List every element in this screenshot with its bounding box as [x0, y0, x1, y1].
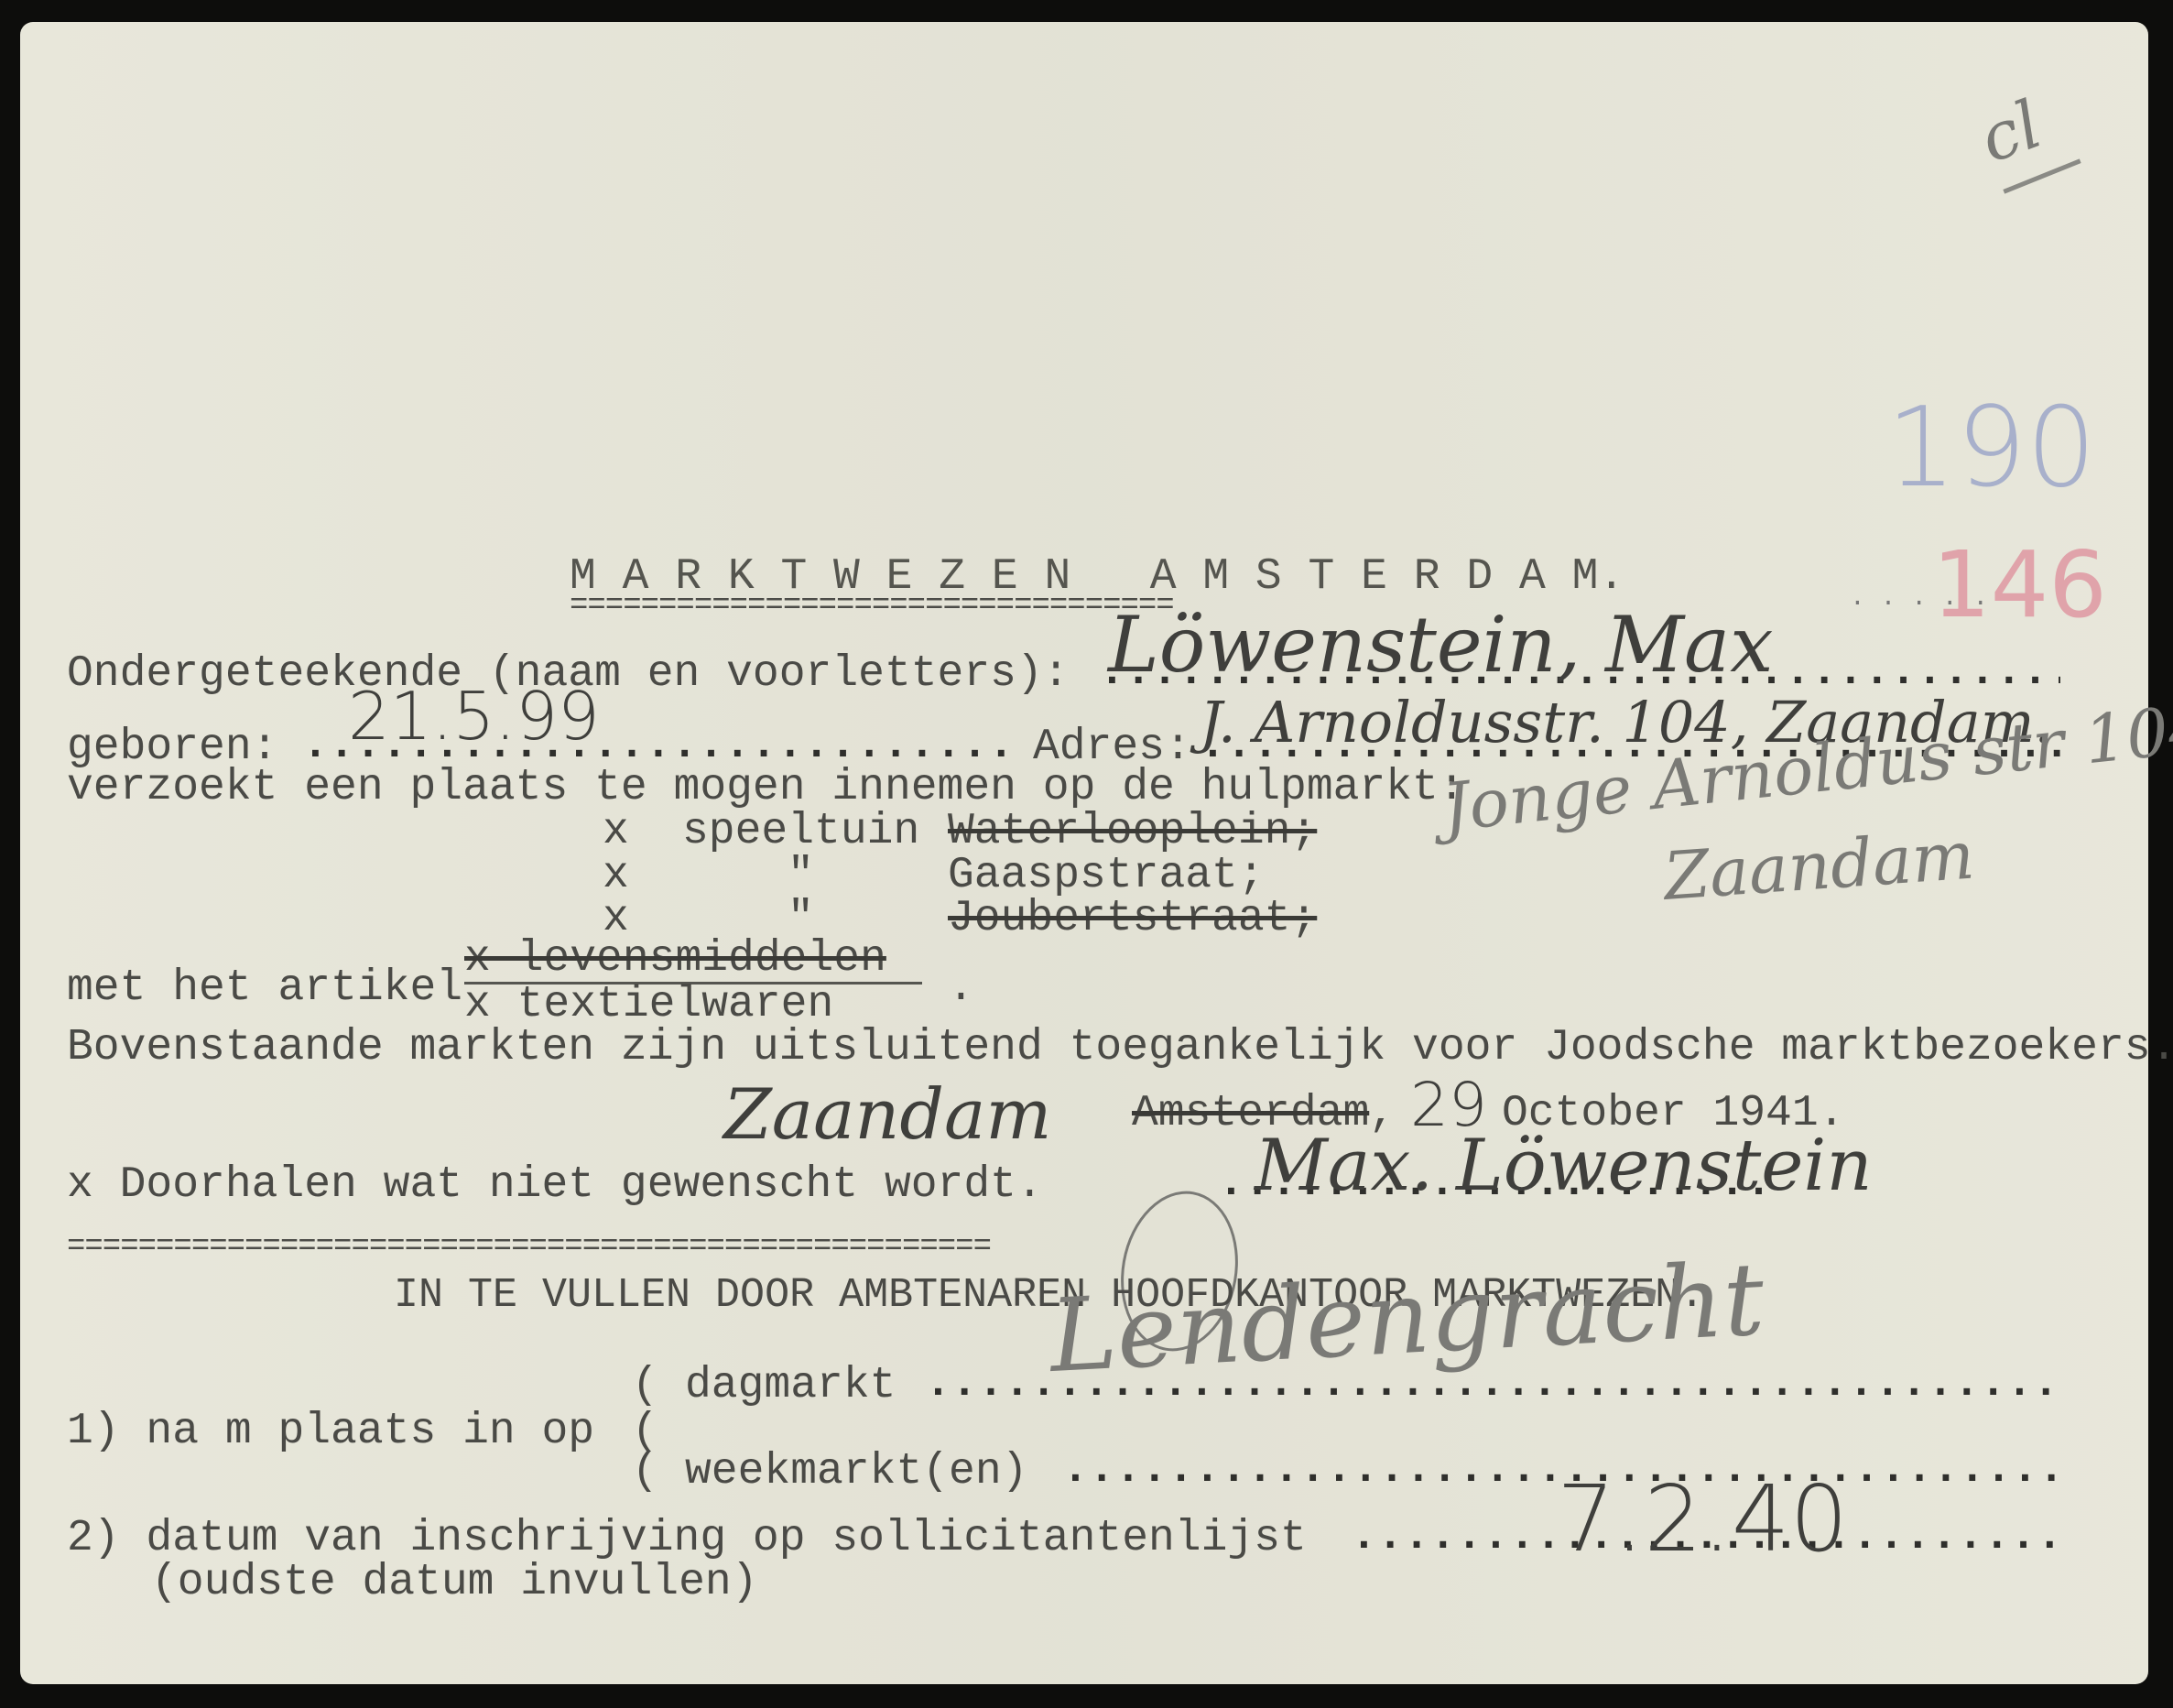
- item2-sublabel: (oudste datum invullen): [151, 1561, 758, 1605]
- weekmarkt-label: weekmarkt(en): [685, 1450, 1027, 1494]
- market-option-ditto: ": [788, 854, 814, 898]
- title-underline: ==================================: [570, 597, 1174, 615]
- notice-text: Bovenstaande markten zijn uitsluitend to…: [67, 1026, 2173, 1070]
- dagmarkt-dots[interactable]: ........................................…: [925, 1362, 2060, 1406]
- bracket-top: (: [632, 1364, 658, 1408]
- item1-label: 1) na m plaats in op: [67, 1409, 594, 1453]
- article-end: .: [948, 966, 974, 1010]
- name-value-handwritten[interactable]: Löwenstein, Max: [1108, 600, 1773, 690]
- dagmarkt-label: dagmarkt: [685, 1364, 896, 1408]
- section-separator: ========================================…: [67, 1238, 991, 1257]
- article-label: met het artikel: [67, 966, 462, 1010]
- margin-dots: . . . . .: [1850, 577, 1988, 621]
- signature-handwritten[interactable]: Max. Löwenstein: [1255, 1125, 1873, 1207]
- article-option-textielwaren[interactable]: x textielwaren: [464, 983, 833, 1027]
- dob-value-handwritten[interactable]: 21.5.99: [348, 678, 600, 755]
- market-option-waterlooplein[interactable]: Waterlooplein;: [948, 810, 1317, 854]
- market-option-type: speeltuin: [682, 810, 919, 854]
- item2-label: 2) datum van inschrijving op sollicitant…: [67, 1517, 1307, 1561]
- margin-number-blue: 190: [1886, 385, 2096, 512]
- bracket-bottom: (: [632, 1450, 658, 1494]
- market-option-mark: x: [603, 854, 629, 898]
- market-option-mark: x: [603, 810, 629, 854]
- article-option-levensmiddelen[interactable]: x levensmiddelen: [464, 937, 886, 981]
- market-option-joubertstraat[interactable]: Joubertstraat;: [948, 897, 1317, 941]
- place-handwritten[interactable]: Zaandam: [723, 1073, 1051, 1155]
- market-option-gaaspstraat[interactable]: Gaaspstraat;: [948, 854, 1265, 898]
- item2-value-handwritten[interactable]: 7.2.40: [1557, 1465, 1848, 1572]
- footnote: x Doorhalen wat niet gewenscht wordt.: [67, 1163, 1043, 1207]
- request-intro: verzoekt een plaats te mogen innemen op …: [67, 766, 1465, 810]
